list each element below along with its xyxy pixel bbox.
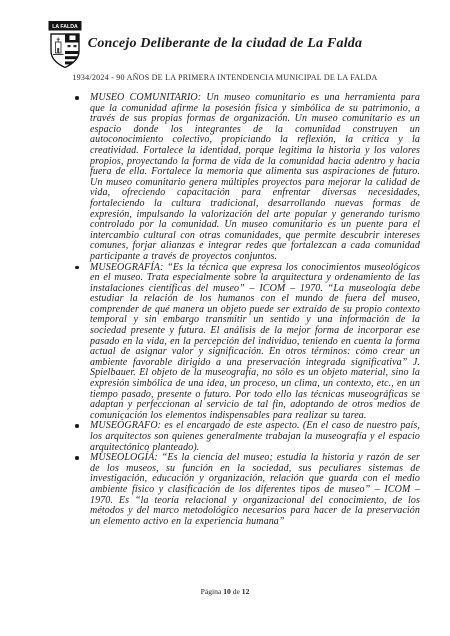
bullet-item-museo-comunitario: MUSEO COMUNITARIO: Un museo comunitario … (90, 93, 420, 263)
footer-page-number: 10 (223, 587, 231, 596)
document-page: LA FALDA (0, 0, 450, 636)
bullet-text: MUSEO COMUNITARIO: Un museo comunitario … (90, 92, 420, 262)
bullet-item-museologia: MUSEOLOGÍA: “Es la ciencia del museo; es… (90, 453, 420, 527)
bullet-marker-icon (75, 424, 79, 428)
bullet-list: MUSEO COMUNITARIO: Un museo comunitario … (90, 93, 420, 527)
page-title: Concejo Deliberante de la ciudad de La F… (0, 36, 450, 52)
footer-total-pages: 12 (242, 587, 250, 596)
crest-banner-text: LA FALDA (52, 24, 78, 30)
page-subtitle: 1934/2024 - 90 AÑOS DE LA PRIMERA INTEND… (0, 73, 450, 82)
document-body: MUSEO COMUNITARIO: Un museo comunitario … (90, 93, 420, 527)
footer-separator: de (233, 587, 240, 596)
page-footer: Página 10 de 12 (0, 587, 450, 596)
page-header: LA FALDA (0, 0, 450, 90)
bullet-item-museografo: MUSEÓGRAFO: es el encargado de este aspe… (90, 421, 420, 453)
bullet-item-museografia: MUSEOGRAFÍA: “Es la técnica que expresa … (90, 263, 420, 422)
bullet-marker-icon (75, 456, 79, 460)
bullet-marker-icon (75, 96, 79, 100)
bullet-text: MUSEOGRAFÍA: “Es la técnica que expresa … (90, 262, 420, 421)
bullet-marker-icon (75, 266, 79, 270)
bullet-text: MUSEOLOGÍA: “Es la ciencia del museo; es… (90, 452, 420, 527)
bullet-text: MUSEÓGRAFO: es el encargado de este aspe… (90, 420, 420, 452)
footer-prefix: Página (201, 587, 222, 596)
